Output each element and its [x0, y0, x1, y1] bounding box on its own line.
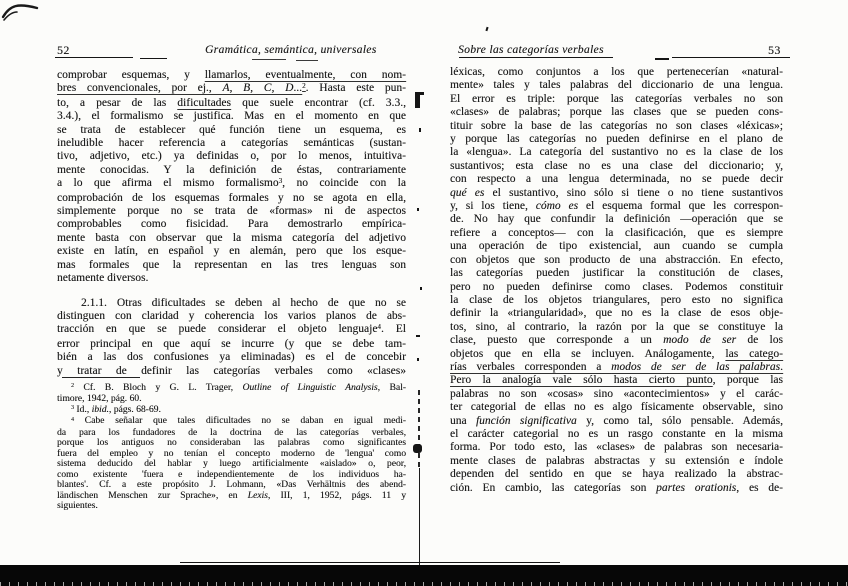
- gutter-speck: [417, 208, 419, 211]
- text-line: clase, puesto que corresponde a un modo …: [450, 334, 783, 347]
- text-run: ibid.: [92, 404, 109, 415]
- text-line: mente basta con observar que la misma ca…: [57, 232, 406, 245]
- header-underline-mark: [296, 60, 318, 61]
- binding-shadow-line: [419, 468, 420, 565]
- text-line: qué es el sustantivo, sino sólo si tiene…: [450, 187, 783, 200]
- text-line: dependen del sentido en que se haya real…: [450, 468, 783, 481]
- text-run: y, si los tiene,: [450, 200, 536, 212]
- text-line: mente clases de palabras abstractas y su…: [450, 455, 783, 468]
- right-page-body-text: léxicas, como conjuntos a los que perten…: [450, 66, 783, 495]
- text-run: ter categorial de ellas no es algo físic…: [450, 401, 783, 413]
- text-run: bién a las dos confusiones ya eliminadas…: [57, 351, 406, 363]
- text-line: mas formales que la representan en las t…: [57, 259, 406, 272]
- text-run: llamarlos, eventualmente, con nom-: [205, 69, 406, 81]
- text-run: mente clases de palabras abstractas y su…: [450, 455, 783, 467]
- text-line: pero no pueden definirse como clases. Po…: [450, 281, 783, 294]
- text-run: mente conocidas. Y la definición de ésta…: [57, 164, 406, 176]
- text-line: una función significativa y, como tal, s…: [450, 415, 783, 428]
- text-run: mas formales que la representan en las t…: [57, 259, 406, 271]
- text-line: con respecto a una lengua determinada, n…: [450, 173, 783, 186]
- left-page-footnotes: 2 Cf. B. Bloch y G. L. Trager, Outline o…: [57, 383, 406, 511]
- header-underline-mark: [459, 57, 613, 58]
- text-run: netamente diversos.: [57, 272, 148, 284]
- text-run: una: [450, 415, 476, 427]
- text-run: «clases» de palabras; porque las clases …: [450, 106, 783, 118]
- text-line: refiere a conceptos— con la clasificació…: [450, 227, 783, 240]
- text-run: el esquema formal que les correspon-: [578, 200, 783, 212]
- text-line: a lo que afirma el mismo formalismo3, no…: [57, 177, 406, 191]
- gutter-speck: [416, 335, 420, 337]
- text-run: con objetos que son producto de una abst…: [450, 254, 783, 266]
- scan-edge-hairline: [180, 562, 560, 563]
- text-line: simplemente porque no se trata de «forma…: [57, 205, 406, 218]
- text-run: como existente 'fuera e independientemen…: [57, 469, 406, 480]
- footnote-marker: 4: [377, 323, 381, 331]
- header-rule-mark: [672, 57, 790, 58]
- left-page-body-text: comprobar esquemas, y llamarlos, eventua…: [57, 69, 406, 378]
- text-line: 3.4.), el formalismo se justifica. Mas e…: [57, 110, 406, 123]
- text-line: comprobar esquemas, y llamarlos, eventua…: [57, 69, 406, 82]
- text-run: el carácter categorial no es un rasgo co…: [450, 428, 783, 440]
- text-line: de. No hay que confundir la definición —…: [450, 213, 783, 226]
- gutter-speck: [420, 287, 422, 290]
- text-run: una operación de tipo existencial, aun c…: [450, 240, 783, 252]
- text-run: Cabe señalar que tales dificultades no s…: [74, 415, 406, 426]
- text-run: mente» tales y tales palabras del diccio…: [450, 79, 783, 91]
- text-line: y, si los tiene, cómo es el esquema form…: [450, 200, 783, 213]
- text-run: , es de-: [736, 482, 783, 494]
- text-line: la clase de los objetos triangulares, pe…: [450, 294, 783, 307]
- text-run: 2.1.1. Otras dificultades se deben al he…: [81, 297, 406, 309]
- text-run: El error es triple: porque las categoría…: [450, 93, 783, 105]
- text-line: «clases» de palabras; porque las clases …: [450, 106, 783, 119]
- text-run: ländischen Menschen zur Sprache», en: [57, 490, 248, 501]
- text-line: ción. En cambio, las categorías son part…: [450, 482, 783, 495]
- text-run: el sustantivo, sino sólo si tiene o no t…: [484, 187, 783, 199]
- page-number-left: 52: [57, 43, 70, 58]
- text-line: palabras no son «cosas» sino «acontecimi…: [450, 388, 783, 401]
- text-run: a lo que afirma el mismo formalismo: [57, 177, 279, 189]
- text-run: forma. Por todo esto, las «clases» de pa…: [450, 441, 783, 453]
- text-run: Id.,: [74, 404, 92, 415]
- text-run: A, B, C, D: [222, 82, 293, 94]
- header-underline-mark: [252, 59, 286, 60]
- text-run: Pero la analogía vale sólo hasta cierto …: [450, 374, 713, 386]
- text-line: El error es triple: porque las categoría…: [450, 93, 783, 106]
- text-run: ineludible hacer referencia a categorías…: [57, 137, 406, 149]
- text-run: tivo, adjetivo, etc.) ya definidas o, po…: [57, 150, 406, 162]
- text-run: fuera del empleo y no tenían el concepto…: [57, 448, 406, 459]
- text-run: dificultades: [177, 97, 231, 109]
- text-line: mente conocidas. Y la definición de ésta…: [57, 164, 406, 177]
- text-run: clase, puesto que corresponde a un: [450, 334, 663, 346]
- text-line: tos, sino, al contrario, la razón por la…: [450, 321, 783, 334]
- text-run: blantes'. Cf. a este propósito J. Lohman…: [57, 479, 406, 490]
- text-run: comprobar esquemas, y: [57, 69, 205, 81]
- text-line: Pero la analogía vale sólo hasta cierto …: [450, 374, 783, 387]
- text-run: la «lengua». La categoría del sustantivo…: [450, 146, 783, 158]
- text-run: tos, sino, al contrario, la razón por la…: [450, 321, 783, 333]
- text-run: modos de ser de las palabras: [611, 361, 780, 373]
- text-line: se trata de establecer qué función tiene…: [57, 124, 406, 137]
- text-run: timore, 1942, pág. 60.: [57, 393, 141, 404]
- text-run: dependen del sentido en que se haya real…: [450, 468, 783, 480]
- footnote-marker: 3: [279, 177, 283, 185]
- text-run: objetos que en ella se incluyen. Análoga…: [450, 348, 725, 360]
- text-line: siguientes.: [57, 501, 406, 511]
- text-run: que suele encontrar (cf. 3.3.,: [231, 97, 406, 109]
- gutter-ink-blot: [413, 444, 422, 453]
- text-run: qué es: [450, 187, 484, 199]
- text-line: y porque las categorías no pueden defini…: [450, 133, 783, 146]
- text-run: se trata de establecer qué función tiene…: [57, 124, 406, 136]
- text-line: definir la «triangularidad», que no es l…: [450, 307, 783, 320]
- footnote-marker: 4: [71, 417, 74, 423]
- text-line: el carácter categorial no es un rasgo co…: [450, 428, 783, 441]
- text-line: error principal en que aquí se incurre (…: [57, 338, 406, 351]
- text-line: rías verbales corresponden a modos de se…: [450, 361, 783, 374]
- text-run: rías verbales corresponden a: [450, 361, 611, 373]
- text-run: pero no pueden definirse como clases. Po…: [450, 281, 783, 293]
- text-line: distinguen con claridad y coherencia los…: [57, 310, 406, 323]
- footnote-marker: 2: [71, 383, 74, 389]
- text-run: error principal en que aquí se incurre (…: [57, 338, 406, 350]
- text-run: tracción en que se puede considerar el o…: [57, 323, 377, 335]
- header-underline-mark: [140, 58, 167, 59]
- text-run: la clase de los objetos triangulares, pe…: [450, 294, 783, 306]
- text-run: bres convencionales, por ej.,: [57, 82, 222, 94]
- text-run: da para los fundadores de la doctrina de…: [57, 427, 406, 438]
- text-run: , III, 1, 1952, págs. 11 y: [268, 490, 406, 501]
- text-line: tivo, adjetivo, etc.) ya definidas o, po…: [57, 150, 406, 163]
- text-run: sustantivos; esta clase no es una clase …: [450, 160, 783, 172]
- text-run: función significativa: [476, 415, 577, 427]
- header-underline-mark: [55, 57, 133, 58]
- text-run: to, a pesar de las: [57, 97, 177, 109]
- text-run: , no coincide con la: [282, 177, 406, 189]
- text-run: .: [780, 361, 783, 373]
- text-run: existe en latín, en español y en alemán,…: [57, 245, 406, 257]
- footnote-marker: 3: [71, 405, 74, 411]
- text-line: tracción en que se puede considerar el o…: [57, 323, 406, 337]
- text-run: las catego-: [725, 348, 783, 360]
- text-line: y tratar de definir las categorías verba…: [57, 365, 406, 378]
- text-line: con objetos que son producto de una abst…: [450, 254, 783, 267]
- text-line: ter categorial de ellas no es algo físic…: [450, 401, 783, 414]
- footnote-marker: 2: [302, 82, 306, 90]
- text-line: las categorías pueden justificar la cons…: [450, 267, 783, 280]
- binding-shadow-dashed: [418, 390, 420, 470]
- scan-edge-strip: [0, 565, 848, 586]
- text-line: comprobación de los esquemas formales y …: [57, 192, 406, 205]
- text-line: la «lengua». La categoría del sustantivo…: [450, 146, 783, 159]
- text-run: Outline of Linguistic Analysis: [242, 382, 377, 393]
- text-run: y porque las categorías no pueden defini…: [450, 133, 783, 145]
- text-run: mente basta con observar que la misma ca…: [57, 232, 406, 244]
- text-line: 2.1.1. Otras dificultades se deben al he…: [57, 297, 406, 310]
- text-line: forma. Por todo esto, las «clases» de pa…: [450, 441, 783, 454]
- text-run: , págs. 68-69.: [109, 404, 161, 415]
- text-run: simplemente porque no se trata de «forma…: [57, 205, 406, 217]
- text-run: , porque las: [713, 374, 783, 386]
- text-line: mente» tales y tales palabras del diccio…: [450, 79, 783, 92]
- text-line: sustantivos; esta clase no es una clase …: [450, 160, 783, 173]
- text-run: . El: [381, 323, 406, 335]
- handwritten-scribble-mark: [0, 0, 52, 26]
- text-run: modo de ser: [663, 334, 736, 346]
- running-head-left: Gramática, semántica, universales: [205, 43, 377, 56]
- text-line: to, a pesar de las dificultades que suel…: [57, 97, 406, 110]
- text-run: sistema deducido del hablar y luego arti…: [57, 458, 406, 469]
- gutter-speck: [417, 358, 419, 361]
- text-run: distinguen con claridad y coherencia los…: [57, 310, 406, 322]
- text-line: ländischen Menschen zur Sprache», en Lex…: [57, 491, 406, 501]
- text-run: porque los antiguos no consideraban las …: [57, 437, 406, 448]
- text-run: palabras no son «cosas» sino «acontecimi…: [450, 388, 783, 400]
- text-run: tituir sobre la base de las categorías n…: [450, 120, 783, 132]
- text-line: bres convencionales, por ej., A, B, C, D…: [57, 82, 406, 96]
- text-run: refiere a conceptos— con la clasificació…: [450, 227, 783, 239]
- text-run: Cf. B. Bloch y G. L. Trager,: [74, 382, 242, 393]
- gutter-speck: [419, 128, 421, 132]
- text-run: . Hasta este pun-: [306, 82, 406, 94]
- text-line: bién a las dos confusiones ya eliminadas…: [57, 351, 406, 364]
- text-run: con respecto a una lengua determinada, n…: [450, 173, 783, 185]
- text-run: de. No hay que confundir la definición —…: [450, 213, 783, 225]
- gutter-ink-blot: [415, 92, 424, 95]
- header-underline-mark: [655, 58, 669, 60]
- text-run: , Bal-: [378, 382, 406, 393]
- text-line: existe en latín, en español y en alemán,…: [57, 245, 406, 258]
- text-run: y, como tal, sólo pensable. Además,: [577, 415, 783, 427]
- footnote-separator-rule: [62, 377, 140, 378]
- text-run: de los: [736, 334, 783, 346]
- text-run: siguientes.: [57, 500, 98, 511]
- text-line: netamente diversos.: [57, 272, 406, 285]
- text-run: y tratar de definir las categorías verba…: [57, 365, 406, 377]
- text-line: ineludible hacer referencia a categorías…: [57, 137, 406, 150]
- text-line: comprobables como fisicidad. Para demost…: [57, 218, 406, 231]
- ink-speck: [485, 27, 488, 31]
- scanned-book-spread: 52 Gramática, semántica, universales Sob…: [0, 0, 848, 586]
- text-line: léxicas, como conjuntos a los que perten…: [450, 66, 783, 79]
- text-run: cómo es: [536, 200, 578, 212]
- running-head-right: Sobre las categorías verbales: [458, 43, 604, 56]
- text-run: 3.4.), el formalismo se justifica. Mas e…: [57, 110, 406, 122]
- text-line: objetos que en ella se incluyen. Análoga…: [450, 348, 783, 361]
- text-run: comprobación de los esquemas formales y …: [57, 192, 406, 204]
- text-line: tituir sobre la base de las categorías n…: [450, 120, 783, 133]
- text-run: las categorías pueden justificar la cons…: [450, 267, 783, 279]
- text-run: Lexis: [248, 490, 268, 501]
- text-run: partes orationis: [656, 482, 736, 494]
- text-line: una operación de tipo existencial, aun c…: [450, 240, 783, 253]
- text-run: comprobables como fisicidad. Para demost…: [57, 218, 406, 230]
- text-run: definir la «triangularidad», que no es l…: [450, 307, 783, 319]
- text-run: ...: [293, 82, 302, 94]
- text-run: ción. En cambio, las categorías son: [450, 482, 656, 494]
- text-run: léxicas, como conjuntos a los que perten…: [450, 66, 783, 78]
